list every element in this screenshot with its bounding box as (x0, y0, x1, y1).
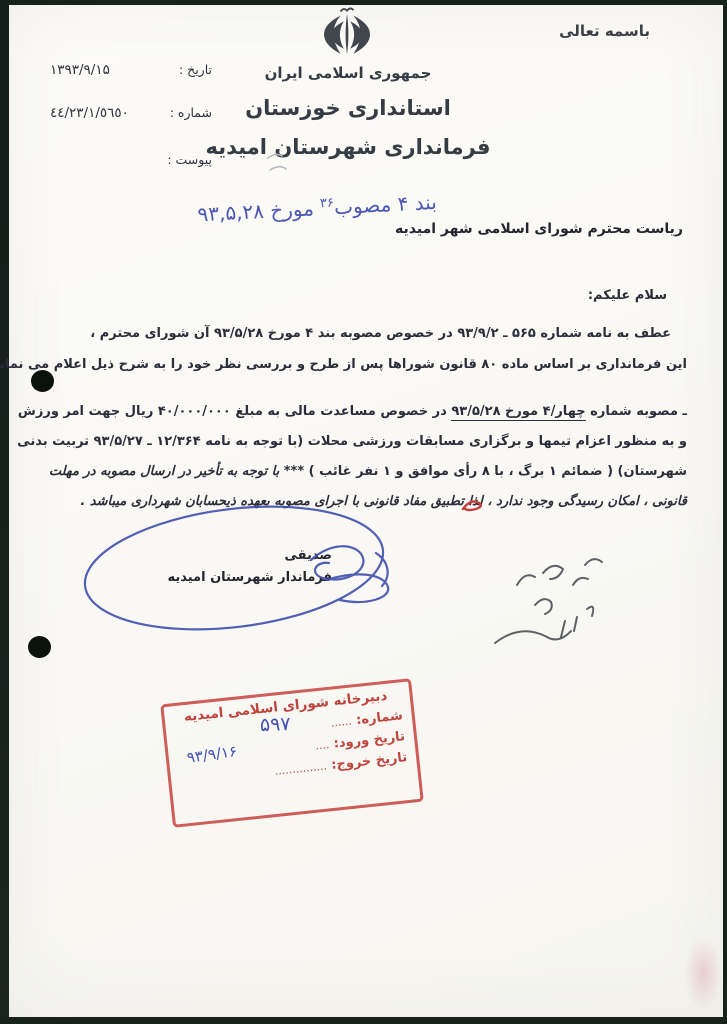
date-value: ۱۳۹۳/۹/۱۵ (50, 62, 110, 78)
body-paragraph-1: عطف به نامه شماره ۵۶۵ ـ ۹۳/۹/۲ در خصوص م… (59, 323, 687, 385)
note-sup: ۳۶ (320, 196, 335, 212)
stamp-entry-value: ۹۳/۹/۱۶ (186, 742, 238, 767)
p2-l3-pre: شهرستان) ( ضمائم ۱ برگ ، با ۸ رأی موافق … (279, 464, 687, 479)
stamp-entry-dots: .... (315, 738, 330, 752)
p2-l1-post: در خصوص مساعدت مالی به مبلغ ۴۰/۰۰۰/۰۰۰ ر… (18, 404, 451, 419)
signature-scribble-icon (76, 498, 398, 640)
handwritten-pencil-note-icon (425, 543, 655, 658)
salutation-text: سلام علیکم: (588, 288, 667, 303)
p2-l1-pre: ـ مصوبه شماره (586, 404, 687, 419)
letterhead-office: فرمانداری شهرستان امیدیه (205, 135, 491, 159)
p2-line-2: و به منظور اعزام تیمها و برگزاری مسابقات… (59, 431, 687, 461)
stamp-entry-label: تاریخ ورود: (333, 729, 406, 751)
letterhead-country: جمهوری اسلامی ایران (205, 64, 491, 82)
attachment-label: پیوست : (167, 152, 212, 167)
scan-edge-top (0, 0, 727, 5)
attachment-row: پیوست : (50, 152, 212, 167)
number-row: شماره : ٤٤/٢٣/١/٥٦٥٠ (50, 105, 212, 121)
stamp-number-dots: ...... (330, 715, 352, 730)
pencil-smudge-icon (262, 148, 302, 180)
letterhead-province: استانداری خوزستان (205, 96, 491, 120)
red-check-icon (460, 497, 490, 513)
p1-line-2: این فرمانداری بر اساس ماده ۸۰ قانون شورا… (59, 354, 687, 385)
p1-line-1: عطف به نامه شماره ۵۶۵ ـ ۹۳/۹/۲ در خصوص م… (59, 323, 687, 354)
hole-punch-dot-top (31, 370, 54, 392)
stamp-number-value: ۵۹۷ (260, 713, 291, 736)
scan-edge-left (0, 0, 9, 1024)
council-secretariat-stamp: دبیرخانه شورای اسلامی امیدیه شماره: ....… (160, 678, 424, 828)
p2-l3-italic: با توجه به تأخیر در ارسال مصوبه در مهلت (49, 464, 279, 479)
number-value: ٤٤/٢٣/١/٥٦٥٠ (50, 105, 129, 121)
scan-edge-right (723, 0, 727, 1024)
pink-smudge (684, 936, 722, 1010)
iran-emblem-icon (324, 7, 370, 63)
stamp-number-label: شماره: (355, 708, 403, 728)
p2-line-1: ـ مصوبه شماره چهار/۴ مورخ ۹۳/۵/۲۸ در خصو… (59, 401, 687, 431)
bismillah-text: باسمه تعالی (559, 22, 650, 40)
number-label: شماره : (170, 105, 212, 120)
stamp-exit-dots: ............... (274, 759, 328, 777)
p2-line-3: شهرستان) ( ضمائم ۱ برگ ، با ۸ رأی موافق … (59, 461, 687, 491)
scanned-letter-page: { "letterhead": { "bismillah": "باسمه تع… (0, 0, 727, 1024)
date-label: تاریخ : (179, 62, 212, 77)
date-row: تاریخ : ۱۳۹۳/۹/۱۵ (50, 62, 212, 78)
recipient-title: ریاست محترم شورای اسلامی شهر امیدیه (395, 221, 683, 237)
scan-edge-bottom (0, 1017, 727, 1024)
stamp-exit-label: تاریخ خروج: (331, 750, 408, 773)
p2-l1-underlined: چهار/۴ مورخ ۹۳/۵/۲۸ (451, 404, 585, 421)
hole-punch-dot-bottom (28, 636, 51, 658)
